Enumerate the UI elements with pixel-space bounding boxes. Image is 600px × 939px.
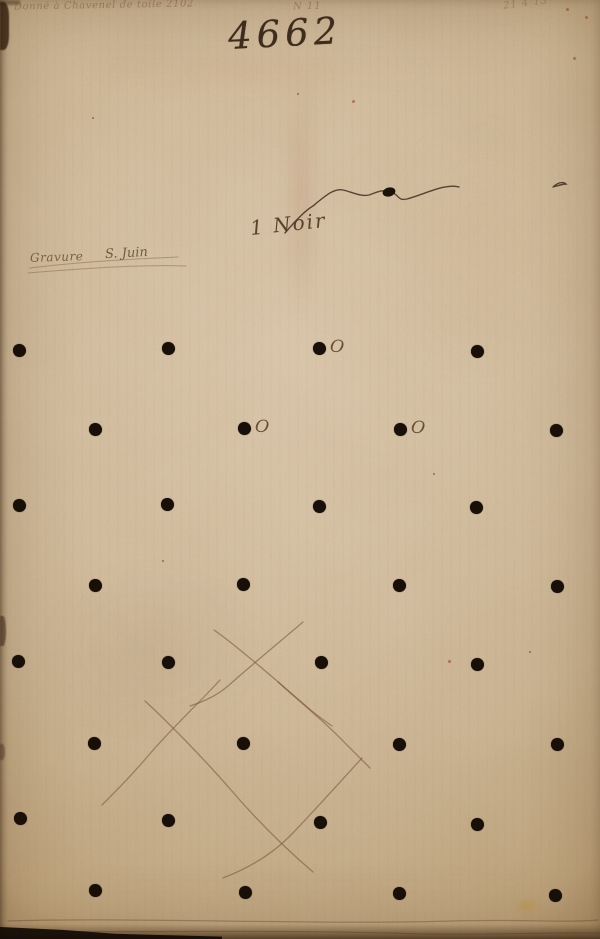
fabric-dot xyxy=(551,580,564,593)
fabric-dot xyxy=(393,579,406,592)
fabric-dot xyxy=(238,422,251,435)
fabric-dot xyxy=(471,658,484,671)
pencil-cross-stroke xyxy=(190,622,303,706)
header-inscription: Donné à Chavenel de toile 2102 xyxy=(14,0,194,13)
fabric-dot xyxy=(313,500,326,513)
circle-annotation: O xyxy=(410,417,427,439)
engraver-signature: S. Juin xyxy=(105,245,149,262)
color-note: 1 Noir xyxy=(249,208,328,240)
paper-crease xyxy=(8,920,598,922)
ink-flourish xyxy=(553,183,566,187)
pencil-cross-stroke xyxy=(278,682,370,768)
signature-underline xyxy=(28,266,186,273)
corner-inscription: 21 4 13 xyxy=(502,0,548,12)
fabric-dot xyxy=(89,423,102,436)
paper-stain xyxy=(380,120,580,380)
pencil-cross-stroke xyxy=(214,630,332,726)
fabric-dot xyxy=(89,884,102,897)
paper-speck xyxy=(433,473,435,475)
fabric-dot xyxy=(12,655,25,668)
paper-speck xyxy=(566,8,569,11)
paper-speck xyxy=(162,560,164,562)
fabric-dot xyxy=(237,578,250,591)
fabric-dot xyxy=(14,812,27,825)
catalog-number: 4662 xyxy=(227,9,343,58)
fabric-dot xyxy=(239,886,252,899)
handwriting-marks-overlay xyxy=(0,0,600,939)
fabric-dot xyxy=(393,887,406,900)
paper-speck xyxy=(92,117,94,119)
fabric-dot xyxy=(13,344,26,357)
paper-stain xyxy=(514,898,540,914)
paper-speck xyxy=(529,651,531,653)
paper-stain xyxy=(283,58,319,323)
binding-ink-blotch xyxy=(0,2,9,50)
ink-blot xyxy=(382,186,397,198)
paper-grain-texture xyxy=(0,0,600,939)
fabric-dot xyxy=(471,345,484,358)
pencil-cross-stroke xyxy=(145,701,313,872)
fabric-dot xyxy=(313,342,326,355)
paper-speck xyxy=(585,16,588,19)
fabric-dot xyxy=(394,423,407,436)
fabric-dot xyxy=(13,499,26,512)
paper-speck xyxy=(573,57,576,60)
fabric-dot xyxy=(237,737,250,750)
fabric-dot xyxy=(314,816,327,829)
sample-book-page: Donné à Chavenel de toile 2102 N 11 21 4… xyxy=(0,0,600,939)
paper-speck xyxy=(297,93,299,95)
paper-fiber-texture xyxy=(0,0,600,939)
fabric-dot xyxy=(551,738,564,751)
fabric-dot xyxy=(88,737,101,750)
circle-annotation: O xyxy=(254,416,271,438)
paper-speck xyxy=(352,100,355,103)
fabric-dot xyxy=(315,656,328,669)
fabric-dot xyxy=(162,342,175,355)
engraver-note: Gravure xyxy=(30,249,84,265)
fabric-dot xyxy=(471,818,484,831)
torn-edge-mark xyxy=(0,616,6,646)
fabric-dot xyxy=(89,579,102,592)
paper-stain xyxy=(88,50,428,96)
circle-annotation: O xyxy=(329,336,346,358)
fabric-dot xyxy=(161,498,174,511)
fabric-dot xyxy=(393,738,406,751)
torn-edge-mark xyxy=(0,744,5,760)
paper-speck xyxy=(448,660,451,663)
fabric-dot xyxy=(162,656,175,669)
page-left-edge xyxy=(0,0,8,939)
fabric-dot xyxy=(550,424,563,437)
pencil-cross-stroke xyxy=(102,680,220,805)
bottom-edge-dark-wedge xyxy=(0,926,222,939)
fabric-dot xyxy=(470,501,483,514)
fabric-dot xyxy=(549,889,562,902)
paper-stain xyxy=(40,560,260,740)
fabric-dot xyxy=(162,814,175,827)
pencil-cross-stroke xyxy=(223,758,362,878)
